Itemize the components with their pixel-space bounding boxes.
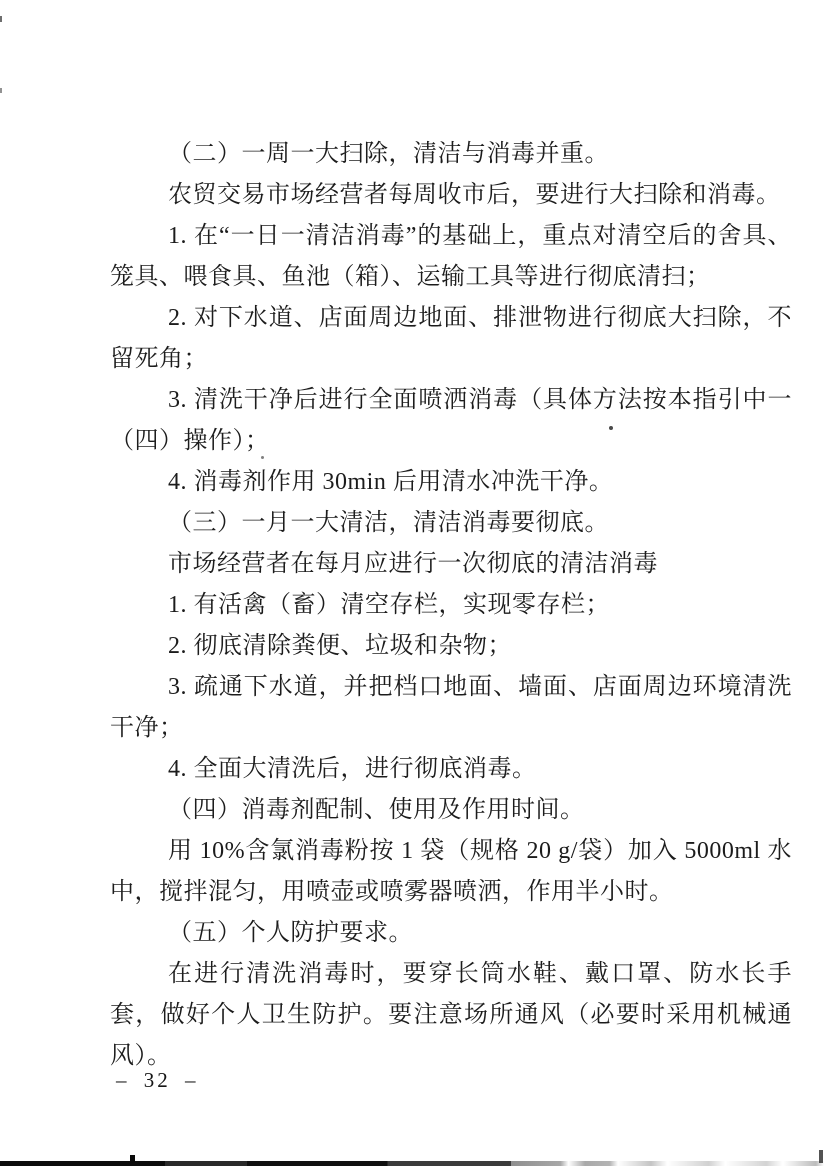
scan-artifact-notch [130,1155,135,1163]
paragraph: 市场经营者在每月应进行一次彻底的清洁消毒 [110,544,792,585]
paragraph: （二）一周一大扫除，清洁与消毒并重。 [110,134,792,175]
paragraph: 4. 全面大清洗后，进行彻底消毒。 [110,749,792,790]
paragraph: 4. 消毒剂作用 30min 后用清水冲洗干净。 [110,462,792,503]
scan-artifact-speck [261,456,264,459]
paragraph: 农贸交易市场经营者每周收市后，要进行大扫除和消毒。 [110,175,792,216]
paragraph: 用 10%含氯消毒粉按 1 袋（规格 20 g/袋）加入 5000ml 水中，搅… [110,831,792,913]
paragraph: 2. 彻底清除粪便、垃圾和杂物； [110,626,792,667]
page-number: – 32 – [116,1068,199,1093]
scan-artifact-speck [0,16,2,22]
paragraph: 3. 清洗干净后进行全面喷洒消毒（具体方法按本指引中一（四）操作）； [110,380,792,462]
paragraph: 1. 在“一日一清洁消毒”的基础上，重点对清空后的舍具、笼具、喂食具、鱼池（箱）… [110,216,792,298]
document-body: （二）一周一大扫除，清洁与消毒并重。农贸交易市场经营者每周收市后，要进行大扫除和… [110,134,792,1077]
paragraph: （三）一月一大清洁，清洁消毒要彻底。 [110,503,792,544]
paragraph: 3. 疏通下水道，并把档口地面、墙面、店面周边环境清洗干净； [110,667,792,749]
paragraph: 在进行清洗消毒时，要穿长筒水鞋、戴口罩、防水长手套，做好个人卫生防护。要注意场所… [110,954,792,1077]
scan-artifact-bottom-line [0,1161,824,1166]
scan-artifact-speck [609,426,613,430]
paragraph: （五）个人防护要求。 [110,913,792,954]
scanned-document-page: （二）一周一大扫除，清洁与消毒并重。农贸交易市场经营者每周收市后，要进行大扫除和… [0,0,824,1168]
scan-artifact-speck [0,88,2,93]
paragraph: 1. 有活禽（畜）清空存栏，实现零存栏； [110,585,792,626]
paragraph: （四）消毒剂配制、使用及作用时间。 [110,790,792,831]
scan-artifact-right-tick [819,1150,823,1163]
paragraph: 2. 对下水道、店面周边地面、排泄物进行彻底大扫除，不留死角； [110,298,792,380]
